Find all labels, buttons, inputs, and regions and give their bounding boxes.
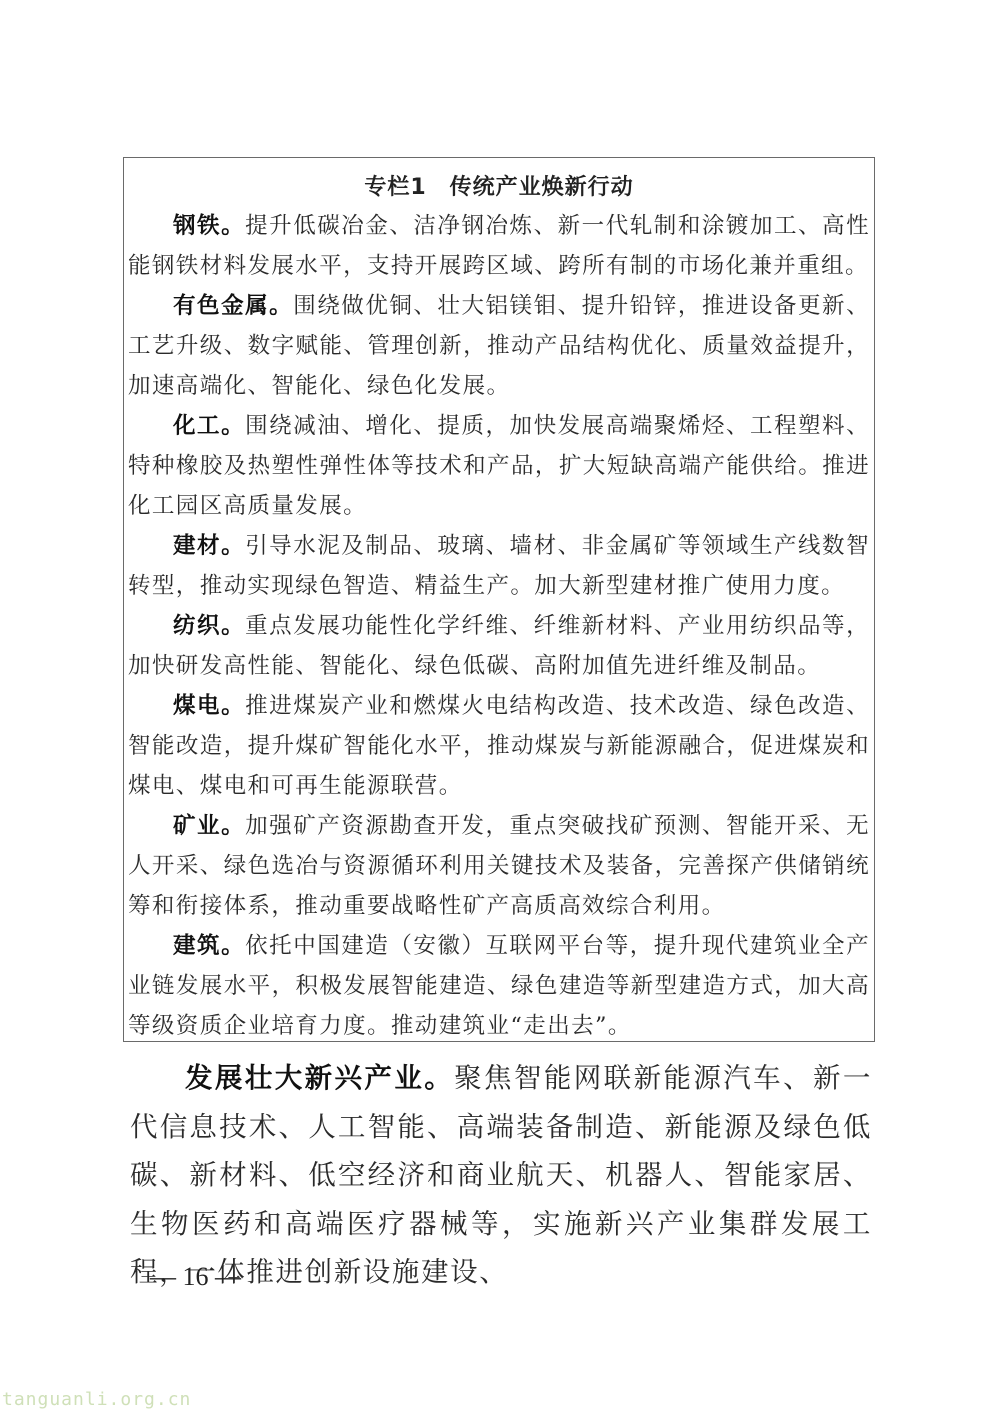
item-keyword: 建材。 xyxy=(173,533,245,559)
item-keyword: 钢铁。 xyxy=(173,213,245,239)
box-body: 钢铁。提升低碳冶金、洁净钢冶炼、新一代轧制和涂镀加工、高性能钢铁材料发展水平，支… xyxy=(128,206,870,1046)
item-keyword: 煤电。 xyxy=(173,693,245,719)
main-paragraph: 发展壮大新兴产业。聚焦智能网联新能源汽车、新一代信息技术、人工智能、高端装备制造… xyxy=(130,1054,872,1297)
box-title: 专栏1 传统产业焕新行动 xyxy=(124,170,874,201)
paragraph-text: 聚焦智能网联新能源汽车、新一代信息技术、人工智能、高端装备制造、新能源及绿色低碳… xyxy=(130,1062,872,1288)
item-nonferrous: 有色金属。围绕做优铜、壮大铝镁钼、提升铅锌，推进设备更新、工艺升级、数字赋能、管… xyxy=(128,286,870,406)
item-construction: 建筑。依托中国建造（安徽）互联网平台等，提升现代建筑业全产业链发展水平，积极发展… xyxy=(128,926,870,1046)
item-keyword: 矿业。 xyxy=(173,813,245,839)
page-number: — 16 — xyxy=(150,1262,241,1292)
item-building-materials: 建材。引导水泥及制品、玻璃、墙材、非金属矿等领域生产线数智转型，推动实现绿色智造… xyxy=(128,526,870,606)
column-box-traditional-industry: 专栏1 传统产业焕新行动 钢铁。提升低碳冶金、洁净钢冶炼、新一代轧制和涂镀加工、… xyxy=(123,157,875,1042)
item-steel: 钢铁。提升低碳冶金、洁净钢冶炼、新一代轧制和涂镀加工、高性能钢铁材料发展水平，支… xyxy=(128,206,870,286)
item-mining: 矿业。加强矿产资源勘查开发，重点突破找矿预测、智能开采、无人开采、绿色选冶与资源… xyxy=(128,806,870,926)
item-keyword: 纺织。 xyxy=(173,613,245,639)
item-textile: 纺织。重点发展功能性化学纤维、纤维新材料、产业用纺织品等，加快研发高性能、智能化… xyxy=(128,606,870,686)
paragraph-keyword: 发展壮大新兴产业。 xyxy=(185,1062,454,1094)
item-keyword: 建筑。 xyxy=(173,933,245,959)
watermark: tanguanli.org.cn xyxy=(2,1389,191,1410)
item-coal-power: 煤电。推进煤炭产业和燃煤火电结构改造、技术改造、绿色改造、智能改造，提升煤矿智能… xyxy=(128,686,870,806)
item-chemical: 化工。围绕减油、增化、提质，加快发展高端聚烯烃、工程塑料、特种橡胶及热塑性弹性体… xyxy=(128,406,870,526)
emerging-industries-paragraph: 发展壮大新兴产业。聚焦智能网联新能源汽车、新一代信息技术、人工智能、高端装备制造… xyxy=(130,1054,872,1297)
item-keyword: 有色金属。 xyxy=(173,293,293,319)
item-keyword: 化工。 xyxy=(173,413,245,439)
